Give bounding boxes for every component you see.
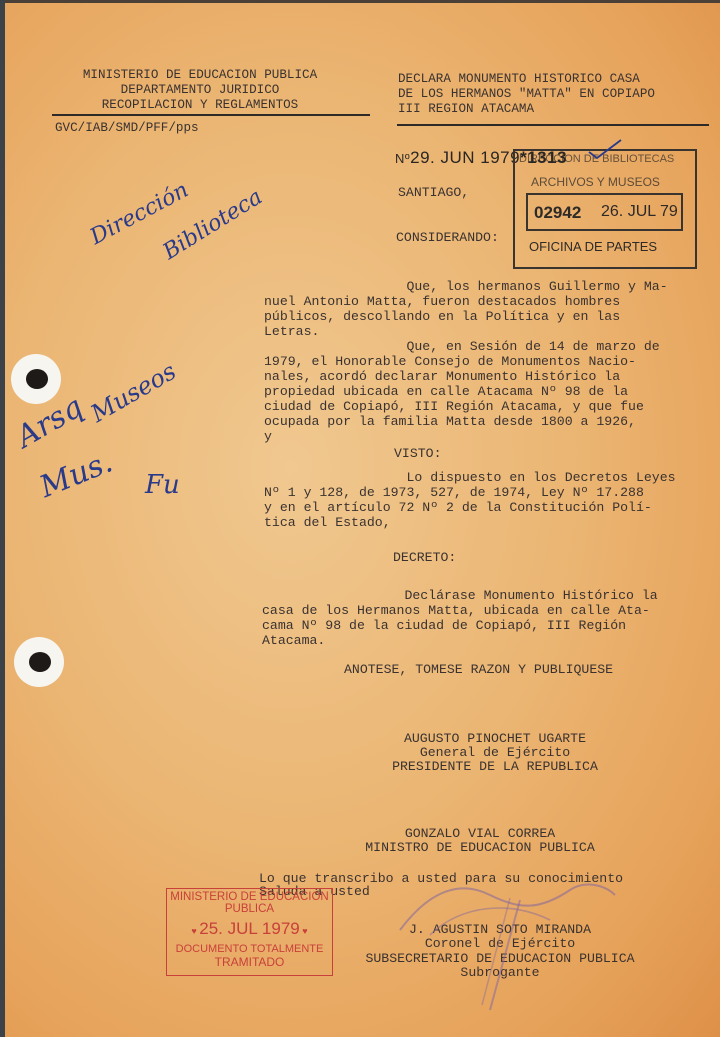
punch-hole-top [11,354,61,404]
text-line: tica del Estado, [264,515,391,530]
red-stamp-line5: TRAMITADO [167,955,332,969]
red-stamp-line2: PUBLICA [167,903,332,915]
header-left-rule [52,114,370,116]
visto-heading: VISTO: [394,446,441,461]
red-stamp-line1: MINISTERIO DE EDUCACION [167,891,332,903]
signature-scrawl [370,870,630,1010]
text-line: nales, acordó declarar Monumento Históri… [264,369,620,384]
text-line: cama Nº 98 de la ciudad de Copiapó, III … [262,618,626,633]
text-line: Declárase Monumento Histórico la [262,588,658,603]
text-line: ocupada por la familia Matta desde 1800 … [264,414,636,429]
text-line: Letras. [264,324,319,339]
minister-name: GONZALO VIAL CORREA [325,826,635,841]
president-rank: General de Ejército [340,745,650,760]
text-line: Nº 1 y 128, de 1973, 527, de 1974, Ley N… [264,485,644,500]
red-stamp-line4: DOCUMENTO TOTALMENTE [167,943,332,955]
text-line: y [264,429,272,444]
considerando-heading: CONSIDERANDO: [396,230,499,245]
text-line: 1979, el Honorable Consejo de Monumentos… [264,354,636,369]
subject-line-3: III REGION ATACAMA [398,102,534,116]
heart-icon: ♥ [300,926,308,936]
number-prefix: Nº [395,151,410,166]
reference-code: GVC/IAB/SMD/PFF/pps [55,121,199,135]
red-approval-stamp: MINISTERIO DE EDUCACION PUBLICA ♥ 25. JU… [166,888,333,976]
registry-date: 26. JUL 79 [601,203,678,221]
president-title: PRESIDENTE DE LA REPUBLICA [340,759,650,774]
closing-formula: ANOTESE, TOMESE RAZON Y PUBLIQUESE [344,662,613,677]
handwritten-note-initials: Fu [145,470,180,500]
text-line: ciudad de Copiapó, III Región Atacama, y… [264,399,644,414]
president-name: AUGUSTO PINOCHET UGARTE [340,731,650,746]
ministry-name: MINISTERIO DE EDUCACION PUBLICA [55,68,345,82]
text-line: casa de los Hermanos Matta, ubicada en c… [262,603,650,618]
text-line: propiedad ubicada en calle Atacama Nº 98… [264,384,628,399]
text-line: Lo dispuesto en los Decretos Leyes [264,470,676,485]
text-line: nuel Antonio Matta, fueron destacados ho… [264,294,620,309]
decreto-heading: DECRETO: [393,550,456,565]
header-right-rule [397,124,709,126]
registry-stamp: DIRECCION DE BIBLIOTECAS ARCHIVOS Y MUSE… [513,149,697,269]
text-line: Atacama. [262,633,325,648]
section-name: RECOPILACION Y REGLAMENTOS [55,98,345,112]
decree-date: 29. JUN 1979 [410,148,520,167]
scan-left-edge [0,0,5,1037]
text-line: públicos, descollando en la Política y e… [264,309,620,324]
registry-stamp-line4: OFICINA DE PARTES [529,239,657,254]
red-stamp-date-row: ♥ 25. JUL 1979 ♥ [167,919,332,939]
subject-line-1: DECLARA MONUMENTO HISTORICO CASA [398,72,640,86]
text-line: Que, los hermanos Guillermo y Ma- [264,279,668,294]
checkmark-icon [585,138,625,160]
minister-title: MINISTRO DE EDUCACION PUBLICA [325,840,635,855]
red-stamp-date: 25. JUL 1979 [199,919,300,938]
punch-hole-bottom [14,637,64,687]
subject-line-2: DE LOS HERMANOS "MATTA" EN COPIAPO [398,87,655,101]
text-line: y en el artículo 72 Nº 2 de la Constituc… [264,500,652,515]
text-line: Que, en Sesión de 14 de marzo de [264,339,660,354]
registry-number: 02942 [534,203,581,223]
registry-stamp-line2: ARCHIVOS Y MUSEOS [531,175,660,189]
department-name: DEPARTAMENTO JURIDICO [55,83,345,97]
registry-stamp-inner-box: 02942 26. JUL 79 [526,193,683,231]
place: SANTIAGO, [398,185,469,200]
